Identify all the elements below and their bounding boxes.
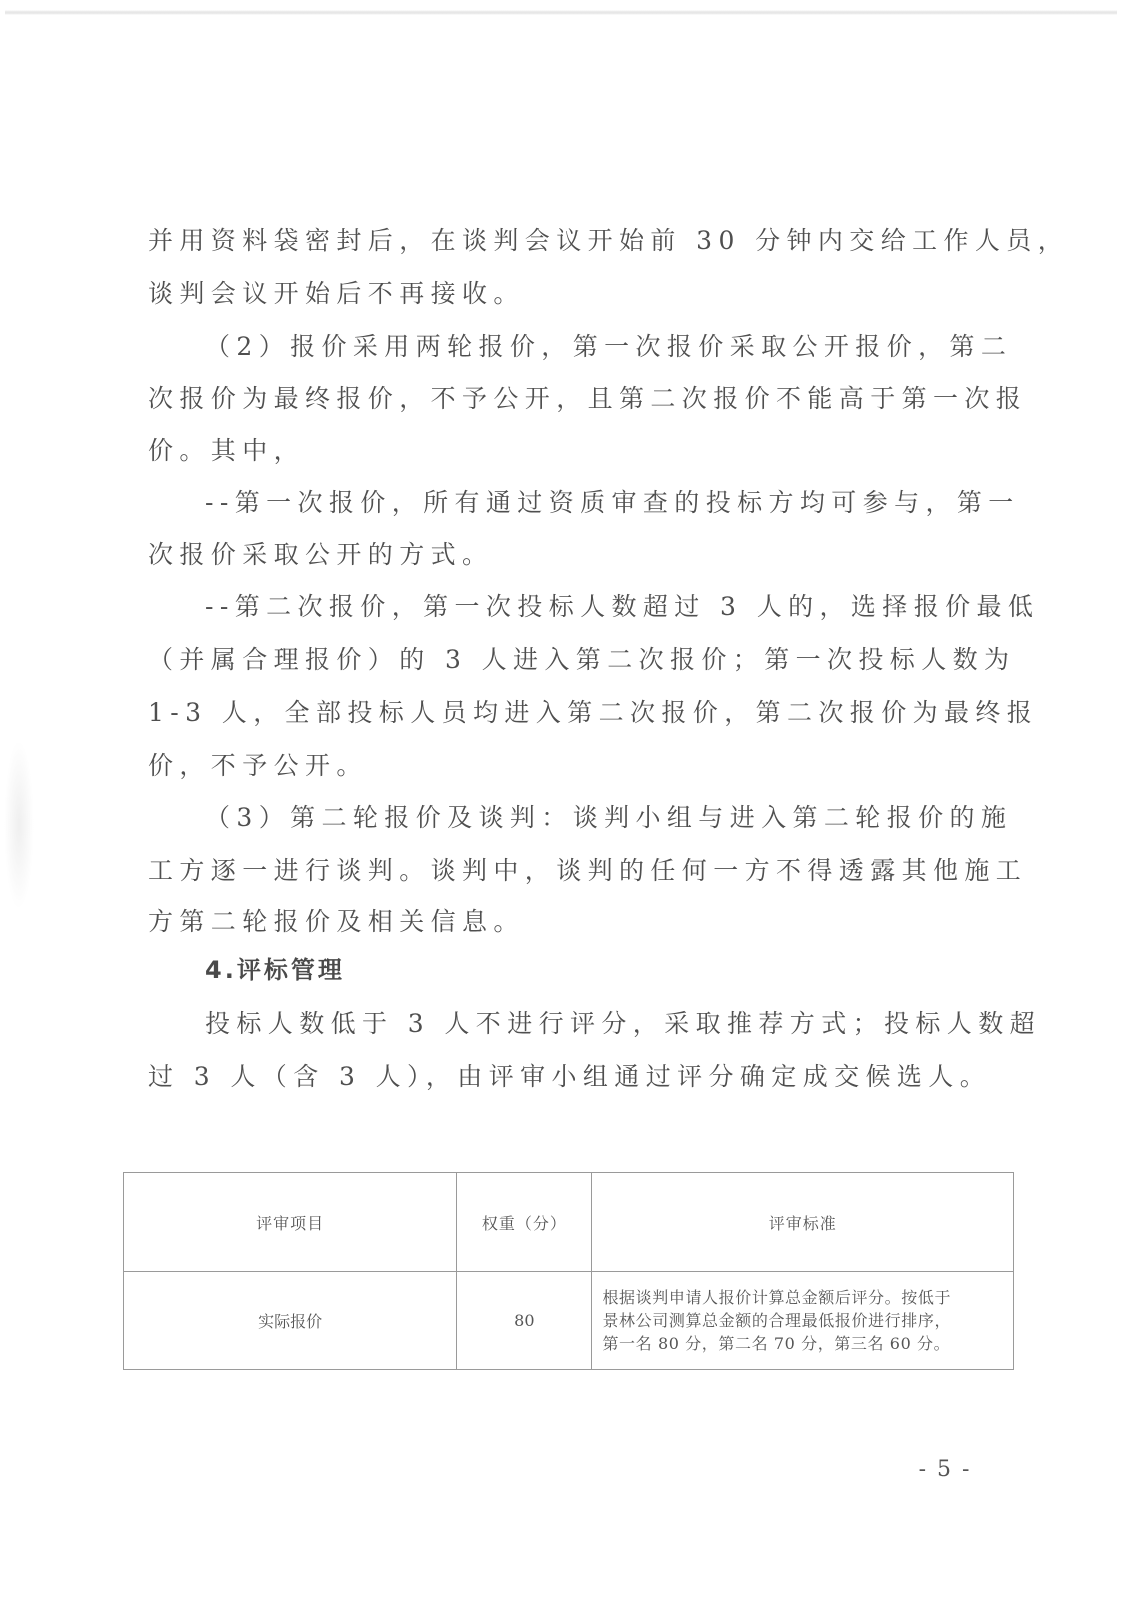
cell-review-item: 实际报价 [124,1272,457,1370]
section-paragraph-line: 投标人数低于 3 人不进行评分，采取推荐方式；投标人数超 [205,1004,1045,1044]
section-paragraph-line: 过 3 人（含 3 人），由评审小组通过评分确定成交候选人。 [148,1057,988,1097]
paragraph-line: 次报价为最终报价，不予公开，且第二次报价不能高于第一次报 [148,379,988,419]
scoring-table: 评审项目 权重（分） 评审标准 实际报价 80 根据谈判申请人报价计算总金额后评… [123,1172,1014,1370]
table-row: 实际报价 80 根据谈判申请人报价计算总金额后评分。按低于 景林公司测算总金额的… [124,1272,1014,1370]
paragraph-line: 1-3 人，全部投标人员均进入第二次报价，第二次报价为最终报 [148,693,988,733]
page-number: - 5 - [900,1455,990,1485]
paragraph-line: 工方逐一进行谈判。谈判中，谈判的任何一方不得透露其他施工 [148,851,988,891]
paragraph-line: （2）报价采用两轮报价，第一次报价采取公开报价，第二 [205,327,1045,367]
paragraph-line: 价。其中， [148,431,988,471]
cell-weight: 80 [457,1272,592,1370]
header-review-item: 评审项目 [124,1173,457,1272]
header-weight: 权重（分） [457,1173,592,1272]
paragraph-line: 价，不予公开。 [148,746,988,786]
criteria-line: 根据谈判申请人报价计算总金额后评分。按低于 [602,1286,1005,1309]
paragraph-line: 次报价采取公开的方式。 [148,535,988,575]
paragraph-line: （3）第二轮报价及谈判：谈判小组与进入第二轮报价的施 [205,798,1045,838]
section-heading: 4.评标管理 [205,950,1045,990]
cell-criteria: 根据谈判申请人报价计算总金额后评分。按低于 景林公司测算总金额的合理最低报价进行… [592,1272,1014,1370]
paragraph-line: 方第二轮报价及相关信息。 [148,902,988,942]
paragraph-line: --第二次报价，第一次投标人数超过 3 人的，选择报价最低 [205,587,1045,627]
table-header-row: 评审项目 权重（分） 评审标准 [124,1173,1014,1272]
header-criteria: 评审标准 [592,1173,1014,1272]
criteria-line: 景林公司测算总金额的合理最低报价进行排序， [602,1309,1005,1332]
criteria-line: 第一名 80 分，第二名 70 分，第三名 60 分。 [602,1332,1005,1355]
paragraph-line: --第一次报价，所有通过资质审查的投标方均可参与，第一 [205,483,1045,523]
paragraph-line: （并属合理报价）的 3 人进入第二次报价；第一次投标人数为 [148,640,988,680]
paragraph-line: 谈判会议开始后不再接收。 [148,274,988,314]
paragraph-line: 并用资料袋密封后，在谈判会议开始前 30 分钟内交给工作人员， [148,221,988,261]
